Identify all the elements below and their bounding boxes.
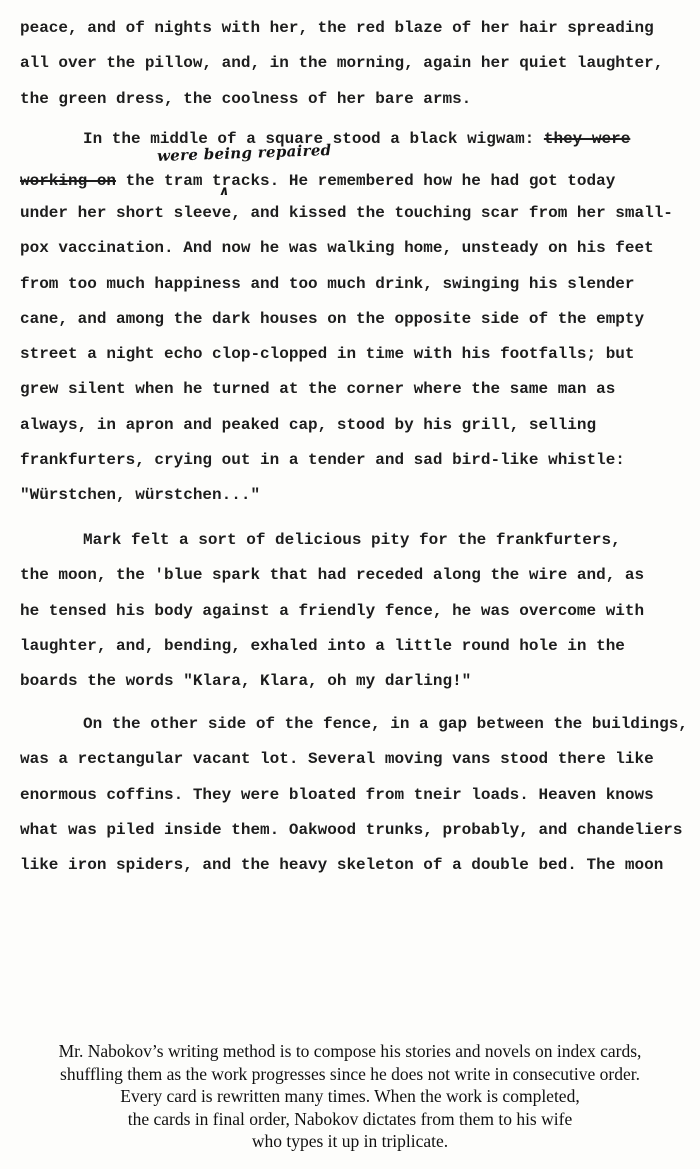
caption-line: who types it up in triplicate. (0, 1130, 700, 1153)
paragraph-2-opening: In the middle of a square stood a black … (20, 122, 692, 200)
strikethrough-text: they were (544, 130, 630, 148)
typescript-line: was a rectangular vacant lot. Several mo… (20, 742, 692, 777)
typescript-line: under her short sleeve, and kissed the t… (20, 196, 692, 231)
typescript-line: pox vaccination. And now he was walking … (20, 231, 692, 266)
typescript-line: peace, and of nights with her, the red b… (20, 11, 692, 46)
paragraph-2-body: under her short sleeve, and kissed the t… (20, 196, 692, 514)
typescript-line: always, in apron and peaked cap, stood b… (20, 408, 692, 443)
typescript-line: working on the tram tracks. He remembere… (20, 164, 692, 199)
paragraph-1: peace, and of nights with her, the red b… (20, 11, 692, 117)
typescript-line: what was piled inside them. Oakwood trun… (20, 813, 692, 848)
typescript-line: Mark felt a sort of delicious pity for t… (20, 523, 692, 558)
caption-line: Mr. Nabokov’s writing method is to compo… (0, 1040, 700, 1063)
paragraph-3: Mark felt a sort of delicious pity for t… (20, 523, 692, 699)
caption-line: the cards in final order, Nabokov dictat… (0, 1108, 700, 1131)
typescript-line: all over the pillow, and, in the morning… (20, 46, 692, 81)
caption: Mr. Nabokov’s writing method is to compo… (0, 1040, 700, 1153)
strikethrough-text: working on (20, 172, 116, 190)
line-text: . He remembered how he had got today (270, 172, 616, 190)
paragraph-4: On the other side of the fence, in a gap… (20, 707, 692, 883)
line-text: the tram tracks (116, 172, 270, 190)
typescript-line: "Würstchen, würstchen..." (20, 478, 692, 513)
caption-line: Every card is rewritten many times. When… (0, 1085, 700, 1108)
typescript-line: like iron spiders, and the heavy skeleto… (20, 848, 692, 883)
typescript-line: he tensed his body against a friendly fe… (20, 594, 692, 629)
typescript-line: the green dress, the coolness of her bar… (20, 82, 692, 117)
typescript-line: the moon, the 'blue spark that had reced… (20, 558, 692, 593)
typescript-line: frankfurters, crying out in a tender and… (20, 443, 692, 478)
typescript-line: In the middle of a square stood a black … (20, 122, 692, 157)
typescript-line: street a night echo clop-clopped in time… (20, 337, 692, 372)
typescript-line: laughter, and, bending, exhaled into a l… (20, 629, 692, 664)
manuscript-page: peace, and of nights with her, the red b… (0, 0, 700, 1169)
typescript-line: from too much happiness and too much dri… (20, 267, 692, 302)
typescript-line: grew silent when he turned at the corner… (20, 372, 692, 407)
typescript-line: boards the words "Klara, Klara, oh my da… (20, 664, 692, 699)
typescript-line: cane, and among the dark houses on the o… (20, 302, 692, 337)
caption-line: shuffling them as the work progresses si… (0, 1063, 700, 1086)
typescript-line: On the other side of the fence, in a gap… (20, 707, 692, 742)
typescript-line: enormous coffins. They were bloated from… (20, 778, 692, 813)
